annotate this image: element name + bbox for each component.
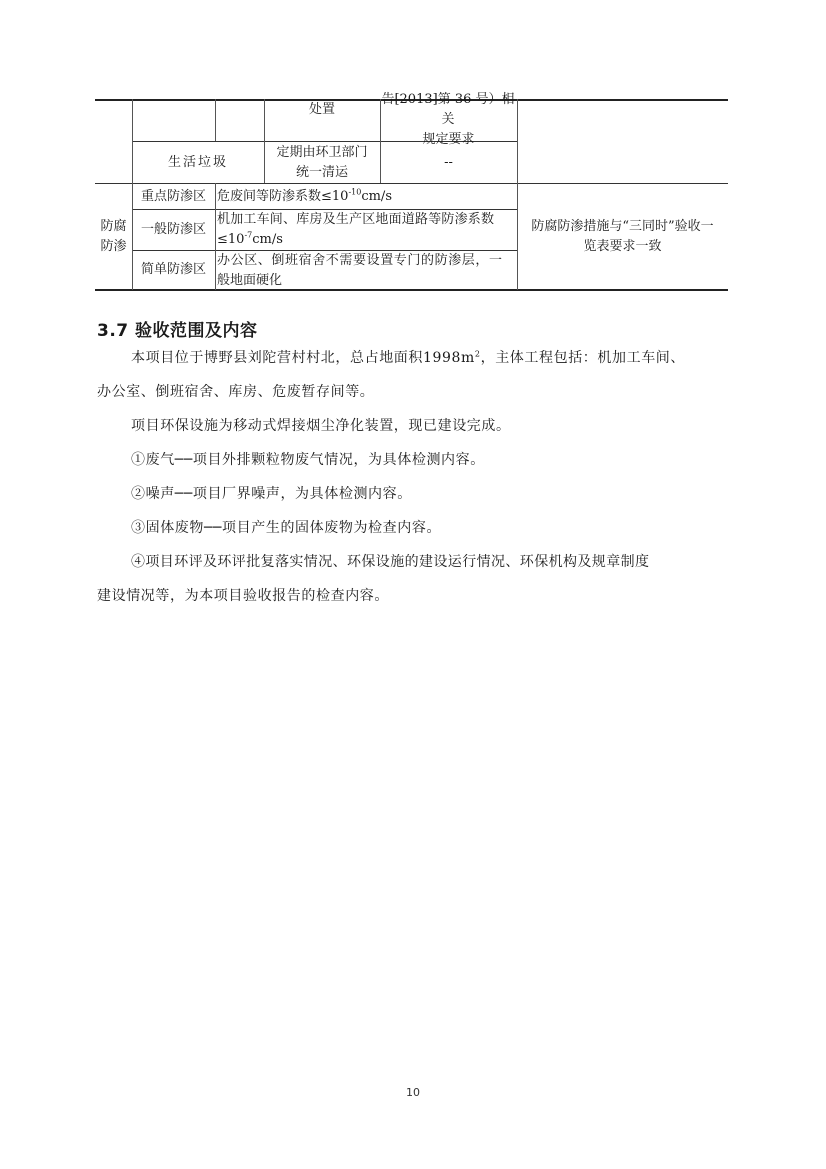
zone-key-desc: 危废间等防渗系数≤10-10cm/s: [215, 184, 517, 209]
paragraph-eia-cont: 建设情况等，为本项目验收报告的检查内容。: [97, 586, 731, 606]
cell-text: 一般防渗区: [141, 220, 206, 240]
text-part: cm/s: [361, 189, 392, 204]
inspection-table: 处置 告[2013]第 36 号）相关 规定要求 生活垃圾 定期由环卫部门 统一…: [95, 99, 728, 291]
cell-text: --: [444, 153, 453, 173]
cell-text: 生活垃圾: [168, 153, 228, 173]
text-part: ≤10: [217, 232, 244, 247]
cell-text: 览表要求一致: [583, 237, 661, 257]
text-part: 危废间等防渗系数≤10: [217, 189, 348, 204]
cell-text: 处置: [309, 100, 335, 120]
superscript: -10: [348, 187, 361, 196]
cell-text: 防腐: [100, 217, 126, 237]
zone-simple-desc: 办公区、倒班宿舍不需要设置专门的防渗层，一 般地面硬化: [215, 251, 517, 289]
anti-seepage-conclusion: 防腐防渗措施与“三同时”验收一 览表要求一致: [517, 184, 728, 289]
domestic-waste-measure: 定期由环卫部门 统一清运: [264, 142, 380, 183]
anti-seepage-category: 防腐 防渗: [95, 184, 132, 289]
disposal-cell: 处置: [264, 100, 380, 120]
cell-text: 防渗: [100, 237, 126, 257]
cell-text: 定期由环卫部门: [276, 143, 367, 163]
text-part: 本项目位于博野县刘陀营村村北，总占地面积1998m: [131, 350, 475, 366]
zone-key: 重点防渗区: [132, 184, 215, 209]
cell-text: 危废间等防渗系数≤10-10cm/s: [217, 187, 392, 207]
cell-text: ≤10-7cm/s: [217, 230, 283, 250]
domestic-waste-label: 生活垃圾: [132, 142, 264, 183]
cell-text: 统一清运: [296, 163, 348, 183]
cell-text: 简单防渗区: [141, 260, 206, 280]
zone-simple: 简单防渗区: [132, 251, 215, 289]
col-divider: [215, 99, 216, 141]
paragraph-facilities: 项目环保设施为移动式焊接烟尘净化装置，现已建设完成。: [97, 416, 731, 436]
domestic-waste-requirement: --: [380, 142, 517, 183]
paragraph-location: 本项目位于博野县刘陀营村村北，总占地面积1998m2，主体工程包括：机加工车间、: [97, 348, 731, 368]
page-number: 10: [0, 1086, 826, 1099]
text-part: ，主体工程包括：机加工车间、: [481, 350, 685, 366]
regulation-cell: 告[2013]第 36 号）相关 规定要求: [380, 100, 517, 140]
cell-text: 般地面硬化: [217, 271, 282, 291]
paragraph-solid-waste: ③固体废物──项目产生的固体废物为检查内容。: [97, 518, 731, 538]
section-heading: 3.7 验收范围及内容: [97, 316, 258, 341]
table-bottom-border: [95, 289, 728, 291]
cell-text: 重点防渗区: [141, 187, 206, 207]
text-part: cm/s: [252, 232, 283, 247]
paragraph-exhaust: ①废气──项目外排颗粒物废气情况，为具体检测内容。: [97, 450, 731, 470]
paragraph-noise: ②噪声──项目厂界噪声，为具体检测内容。: [97, 484, 731, 504]
paragraph-eia: ④项目环评及环评批复落实情况、环保设施的建设运行情况、环保机构及规章制度: [97, 552, 731, 572]
cell-text: 办公区、倒班宿舍不需要设置专门的防渗层，一: [217, 251, 503, 271]
cell-text: 防腐防渗措施与“三同时”验收一: [531, 217, 713, 237]
zone-general-desc: 机加工车间、库房及生产区地面道路等防渗系数 ≤10-7cm/s: [215, 210, 517, 250]
cell-text: 机加工车间、库房及生产区地面道路等防渗系数: [217, 210, 494, 230]
cell-text: 告[2013]第 36 号）相关: [380, 90, 517, 130]
zone-general: 一般防渗区: [132, 210, 215, 250]
document-page: 处置 告[2013]第 36 号）相关 规定要求 生活垃圾 定期由环卫部门 统一…: [0, 0, 826, 1169]
paragraph-location-cont: 办公室、倒班宿舍、库房、危废暂存间等。: [97, 382, 731, 402]
